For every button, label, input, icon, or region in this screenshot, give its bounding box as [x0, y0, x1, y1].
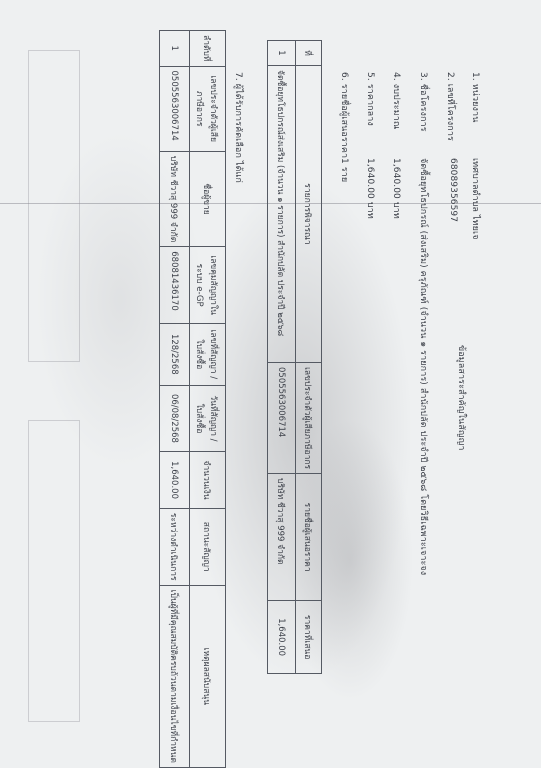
cell-tax-id: 0505563006714: [160, 66, 190, 151]
field-value-project-no: 68089356597: [448, 158, 458, 222]
field-label-budget: 4. งบประมาณ: [390, 72, 404, 129]
cell-bidder: บริษัท ชีวาสุ 999 จำกัด: [268, 474, 296, 601]
cell-contract-no: 128/2568: [160, 323, 190, 385]
table-header-row: ที่ รายการพิจารณา เลขประจำตัวผู้เสียภาษี…: [296, 41, 322, 674]
cell-reason: เป็นผู้ที่มีคุณสมบัติครบถ้วนตามเงื่อนไขท…: [160, 585, 190, 767]
field-label-bidders: 6. รายชื่อผู้เสนอราคา: [338, 72, 352, 158]
cell-no: 1: [160, 31, 190, 67]
header-cell: ที่: [296, 41, 322, 66]
table-header-row: ลำดับที่ เลขประจำตัวผู้เสียภาษีอากร ชื่อ…: [190, 31, 226, 768]
field-label-median-price: 5. ราคากลาง: [364, 72, 378, 126]
document-title: ข้อมูลสาระสำคัญในสัญญา: [455, 345, 469, 451]
header-cell: รายการพิจารณา: [296, 66, 322, 363]
table-row: 1 0505563006714 บริษัท ชีวาสุ 999 จำกัด …: [160, 31, 190, 768]
header-cell: เลขประจำตัวผู้เสียภาษีอากร: [296, 363, 322, 474]
field-value-project-name: จัดซื้อยุทโธปกรณ์ (ส่งเสริม) ครุภัณฑ์ (จ…: [417, 158, 431, 575]
cell-price: 1,640.00: [268, 601, 296, 674]
field-value-budget: 1,640.00 บาท: [390, 158, 404, 219]
header-cell: สถานะสัญญา: [190, 508, 226, 585]
winner-heading: 7. ผู้ได้รับการคัดเลือก ได้แก่: [232, 72, 246, 183]
field-label-agency: 1. หน่วยงาน: [469, 72, 483, 122]
header-cell: วันที่สัญญา / ใบสั่งซื้อ: [190, 385, 226, 452]
scanned-document: ข้อมูลสาระสำคัญในสัญญา 1. หน่วยงาน เทศบา…: [0, 0, 541, 768]
header-cell: เลขที่สัญญา / ใบสั่งซื้อ: [190, 323, 226, 385]
field-value-agency: เทศบาลตำบล ไทยเจ: [469, 158, 483, 240]
header-cell: ลำดับที่: [190, 31, 226, 67]
cell-status: ระหว่างดำเนินการ: [160, 508, 190, 585]
table-row: 1 จัดซื้อยุทโธปกรณ์ส่งเสริม (จำนวน ๑ ราย…: [268, 41, 296, 674]
header-cell: ราคาที่เสนอ: [296, 601, 322, 674]
header-cell: จำนวนเงิน: [190, 452, 226, 509]
header-cell: เลขคุมสัญญาในระบบ e-GP: [190, 247, 226, 324]
field-label-project-no: 2. เลขที่โครงการ: [444, 72, 458, 141]
header-cell: รายชื่อผู้เสนอราคา: [296, 474, 322, 601]
field-value-median-price: 1,640.00 บาท: [364, 158, 378, 219]
field-label-project-name: 3. ชื่อโครงการ: [417, 72, 431, 132]
cell-item: จัดซื้อยุทโธปกรณ์ส่งเสริม (จำนวน ๑ รายกา…: [268, 66, 296, 363]
cell-egp-no: 68081436170: [160, 247, 190, 324]
cell-no: 1: [268, 41, 296, 66]
header-cell: ชื่อผู้ขาย: [190, 151, 226, 246]
bidders-table: ที่ รายการพิจารณา เลขประจำตัวผู้เสียภาษี…: [267, 40, 322, 674]
cell-tax-id: 0505563006714: [268, 363, 296, 474]
winner-table: ลำดับที่ เลขประจำตัวผู้เสียภาษีอากร ชื่อ…: [159, 30, 226, 768]
cell-amount: 1,640.00: [160, 452, 190, 509]
cell-contract-date: 06/08/2568: [160, 385, 190, 452]
header-cell: เหตุผลสนับสนุน: [190, 585, 226, 767]
field-value-bidders: 1 ราย: [338, 158, 352, 182]
cell-vendor: บริษัท ชีวาสุ 999 จำกัด: [160, 151, 190, 246]
header-cell: เลขประจำตัวผู้เสียภาษีอากร: [190, 66, 226, 151]
